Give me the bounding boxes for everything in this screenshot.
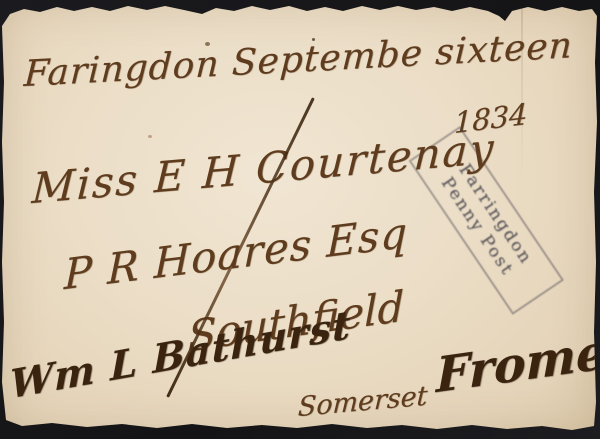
address-county-line: Somerset — [297, 381, 428, 424]
envelope-paper: Faringdon Septembe sixteen 1834 Farringd… — [2, 2, 597, 435]
ink-speck — [148, 135, 152, 138]
ink-speck — [205, 42, 210, 46]
photo-background: Faringdon Septembe sixteen 1834 Farringd… — [0, 0, 600, 439]
address-town-line: Frome — [436, 324, 600, 404]
ink-speck — [312, 38, 315, 41]
dateline-text: Faringdon Septembe sixteen — [23, 25, 574, 95]
